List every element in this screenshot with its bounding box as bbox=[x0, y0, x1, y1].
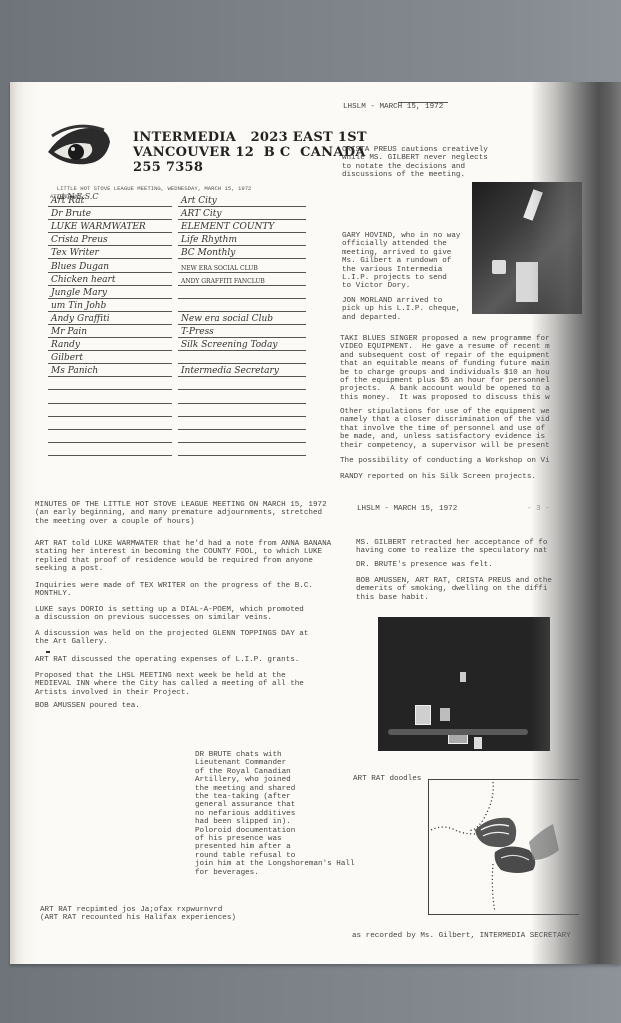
attendance-line: Art Rat bbox=[48, 194, 172, 207]
attendance-names-column: Art RatDr BruteLUKE WARMWATERCrista Preu… bbox=[48, 194, 172, 456]
gary-paragraph: GARY HOVIND, who in no way officially at… bbox=[342, 232, 460, 291]
page3-number: - 3 - bbox=[527, 505, 550, 513]
names-entry: Blues Dugan bbox=[51, 262, 109, 272]
attendance-line bbox=[178, 351, 306, 364]
attendance-line: Life Rhythm bbox=[178, 233, 306, 246]
names-entry: Ms Panich bbox=[51, 366, 98, 376]
names-entry: Dr Brute bbox=[51, 209, 91, 219]
affiliations-entry: Life Rhythm bbox=[181, 235, 237, 245]
attendance-line: New era social Club bbox=[178, 312, 306, 325]
polaroid-small bbox=[440, 708, 450, 721]
attendance-line: Tex Writer bbox=[48, 246, 172, 259]
minutes-paragraph-4: A discussion was held on the projected G… bbox=[35, 630, 308, 647]
light-shape bbox=[523, 189, 543, 221]
attendance-line: um Tin Johb bbox=[48, 299, 172, 312]
names-entry: Art Rat bbox=[51, 196, 84, 206]
page-header: LHSLM - MARCH 15, 1972 bbox=[343, 103, 443, 111]
cup-shape bbox=[492, 260, 506, 274]
affiliations-entry: ANDY GRAFFITI FANCLUB bbox=[181, 278, 265, 285]
attendance-line bbox=[48, 417, 172, 430]
attendance-line: Crista Preus bbox=[48, 233, 172, 246]
minutes-paragraph-2: Inquiries were made of TEX WRITER on the… bbox=[35, 582, 313, 599]
names-entry: Crista Preus bbox=[51, 235, 108, 245]
minutes-title: MINUTES OF THE LITTLE HOT STOVE LEAGUE M… bbox=[35, 501, 327, 526]
minutes-paragraph-7: BOB AMUSSEN poured tea. bbox=[35, 702, 140, 710]
affiliations-entry: Silk Screening Today bbox=[181, 340, 277, 350]
attendance-affiliations-column: Art CityART CityELEMENT COUNTYLife Rhyth… bbox=[178, 194, 306, 456]
randy-paragraph: RANDY reported on his Silk Screen projec… bbox=[340, 473, 536, 481]
doodle-caption: ART RAT doodles bbox=[353, 775, 421, 783]
smoking-paragraph: BOB AMUSSEN, ART RAT, CRISTA PREUS and o… bbox=[356, 577, 552, 602]
affiliations-entry: Intermedia Secretary bbox=[181, 366, 279, 376]
crista-paragraph: CRISTA PREUS cautions creatively while M… bbox=[342, 146, 488, 180]
affiliations-entry: T-Press bbox=[181, 327, 214, 337]
minutes-paragraph-1: ART RAT told LUKE WARMWATER that he'd ha… bbox=[35, 540, 331, 574]
gilbert-paragraph: MS. GILBERT retracted her acceptance of … bbox=[356, 539, 547, 556]
attendance-line: NEW ERA SOCIAL CLUB bbox=[178, 259, 306, 272]
eye-logo-icon bbox=[46, 122, 112, 168]
attendance-line: T-Press bbox=[178, 325, 306, 338]
taki-paragraph: TAKI BLUES SINGER proposed a new program… bbox=[340, 335, 550, 402]
header-rule bbox=[398, 102, 448, 103]
letterhead-line-2: VANCOUVER 12 B C CANADA bbox=[133, 145, 367, 160]
attendance-line: LUKE WARMWATER bbox=[48, 220, 172, 233]
attendance-line bbox=[48, 377, 172, 390]
attendance-line: Dr Brute bbox=[48, 207, 172, 220]
attendance-line bbox=[48, 404, 172, 417]
attendance-line: Mr Pain bbox=[48, 325, 172, 338]
doodle-drawing-icon bbox=[429, 780, 579, 914]
affiliations-entry: BC Monthly bbox=[181, 248, 235, 258]
attendance-line bbox=[178, 286, 306, 299]
attendance-line bbox=[48, 430, 172, 443]
names-entry: Tex Writer bbox=[51, 248, 99, 258]
attendance-line: ANDY GRAFFITI FANCLUB bbox=[178, 273, 306, 286]
attendance-line: Chicken heart bbox=[48, 273, 172, 286]
names-entry: Randy bbox=[51, 340, 80, 350]
minutes-paragraph-3: LUKE says DORIO is setting up a DIAL-A-P… bbox=[35, 606, 304, 623]
arm-shape bbox=[388, 729, 528, 735]
dash-mark bbox=[46, 651, 50, 653]
art-rat-doodle bbox=[428, 779, 579, 915]
names-entry: um Tin Johb bbox=[51, 301, 106, 311]
letterhead: INTERMEDIA 2023 EAST 1ST VANCOUVER 12 B … bbox=[133, 130, 367, 175]
attendance-line: ELEMENT COUNTY bbox=[178, 220, 306, 233]
meeting-line-typed: LITTLE HOT STOVE LEAGUE MEETING, WEDNESD… bbox=[57, 185, 252, 192]
page3-header: LHSLM - MARCH 15, 1972 bbox=[357, 505, 457, 513]
names-entry: Jungle Mary bbox=[51, 288, 107, 298]
names-entry: Mr Pain bbox=[51, 327, 87, 337]
letterhead-line-3: 255 7358 bbox=[133, 160, 367, 175]
affiliations-entry: Art City bbox=[181, 196, 217, 206]
attendance-line: Gilbert bbox=[48, 351, 172, 364]
attendance-line: Randy bbox=[48, 338, 172, 351]
photo-meeting-attendee bbox=[472, 182, 582, 314]
brute-presence-paragraph: DR. BRUTE's presence was felt. bbox=[356, 561, 493, 569]
affiliations-entry: New era social Club bbox=[181, 314, 273, 324]
dr-brute-caption: DR BRUTE chats with Lieutenant Commander… bbox=[195, 751, 355, 877]
letterhead-line-1: INTERMEDIA 2023 EAST 1ST bbox=[133, 130, 367, 145]
signature-line: as recorded by Ms. Gilbert, INTERMEDIA S… bbox=[352, 932, 571, 940]
attendance-line bbox=[178, 390, 306, 403]
attendance-line: Art City bbox=[178, 194, 306, 207]
photo-polaroid-table bbox=[378, 617, 550, 751]
attendance-line: Blues Dugan bbox=[48, 259, 172, 272]
names-entry: Chicken heart bbox=[51, 275, 115, 285]
attendance-line bbox=[48, 443, 172, 456]
cup-shape bbox=[474, 737, 482, 749]
affiliations-entry: ELEMENT COUNTY bbox=[181, 222, 274, 232]
paper-shape bbox=[516, 262, 538, 302]
stipulations-paragraph: Other stipulations for use of the equipm… bbox=[340, 408, 550, 450]
page-binding-edge bbox=[10, 82, 24, 964]
affiliations-entry: NEW ERA SOCIAL CLUB bbox=[181, 265, 258, 272]
attendance-line bbox=[178, 404, 306, 417]
polaroid-portrait bbox=[415, 705, 431, 725]
attendance-line: Silk Screening Today bbox=[178, 338, 306, 351]
minutes-paragraph-6: Proposed that the LHSL MEETING next week… bbox=[35, 672, 304, 697]
attendance-line: BC Monthly bbox=[178, 246, 306, 259]
workshop-paragraph: The possibility of conducting a Workshop… bbox=[340, 457, 550, 465]
jon-paragraph: JON MORLAND arrived to pick up his L.I.P… bbox=[342, 297, 460, 322]
affiliations-entry: ART City bbox=[181, 209, 221, 219]
attendance-line bbox=[178, 417, 306, 430]
attendance-line bbox=[178, 430, 306, 443]
attendance-line: Intermedia Secretary bbox=[178, 364, 306, 377]
names-entry: Gilbert bbox=[51, 353, 83, 363]
attendance-line bbox=[48, 390, 172, 403]
attendance-line bbox=[178, 377, 306, 390]
light-shape bbox=[460, 672, 466, 682]
names-entry: Andy Graffiti bbox=[51, 314, 110, 324]
names-entry: LUKE WARMWATER bbox=[51, 222, 146, 232]
minutes-paragraph-5: ART RAT discussed the operating expenses… bbox=[35, 656, 299, 664]
attendance-line bbox=[178, 299, 306, 312]
footer-note: ART RAT recpimted jos Ja;ofax rxpwurnvrd… bbox=[40, 906, 236, 923]
attendance-line: Jungle Mary bbox=[48, 286, 172, 299]
attendance-line bbox=[178, 443, 306, 456]
attendance-line: Ms Panich bbox=[48, 364, 172, 377]
attendance-line: Andy Graffiti bbox=[48, 312, 172, 325]
attendance-line: ART City bbox=[178, 207, 306, 220]
